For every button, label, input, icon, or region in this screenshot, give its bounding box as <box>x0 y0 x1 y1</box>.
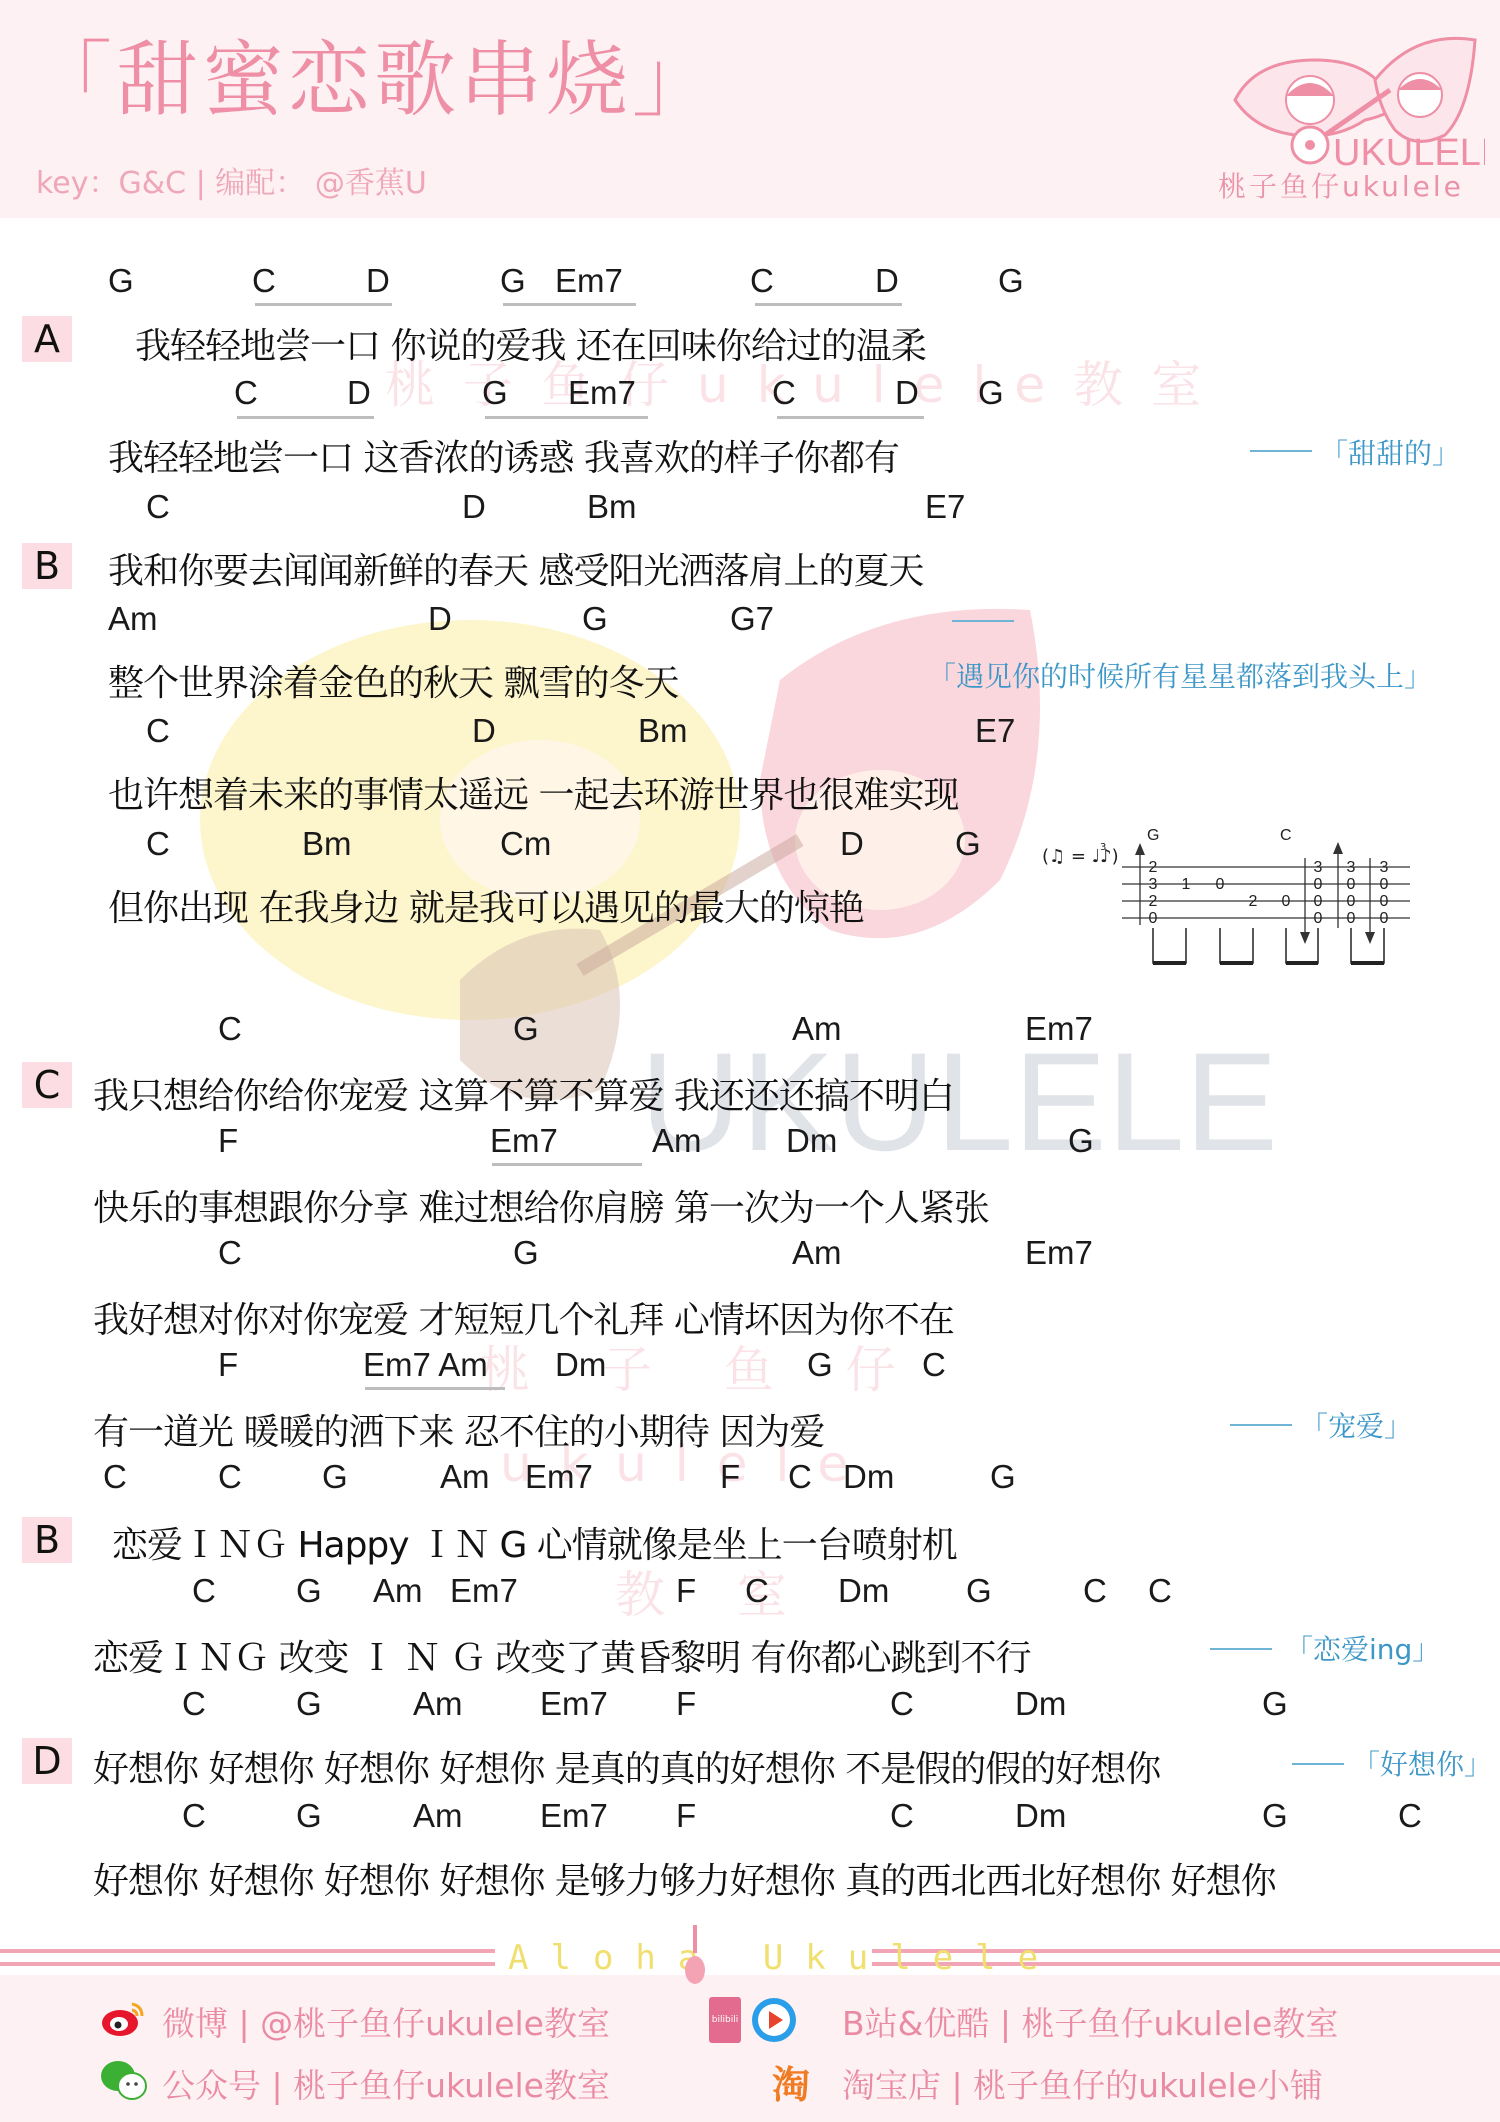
svg-text:3: 3 <box>1100 842 1106 853</box>
lyric-line-6: 但你出现 在我身边 就是我可以遇见的最大的惊艳 <box>108 880 864 931</box>
chord: C <box>146 712 170 750</box>
svg-text:1: 1 <box>1182 876 1191 893</box>
chord: C <box>890 1797 914 1835</box>
chord: Em7 <box>555 262 623 300</box>
chord: Am <box>108 600 158 638</box>
chord: C <box>146 488 170 526</box>
chord: G <box>296 1797 322 1835</box>
chord: G <box>998 262 1024 300</box>
lyric-line-12: 恋爱ＩＮＧ 改变 Ｉ Ｎ Ｇ 改变了黄昏黎明 有你都心跳到不行 <box>93 1630 1031 1681</box>
header: 「甜蜜恋歌串烧」 key：G&C | 编配： @香蕉U UKULELE 桃子鱼仔… <box>0 0 1500 218</box>
chord: Em7 <box>540 1797 608 1835</box>
weibo-link[interactable]: 微博 | @桃子鱼仔ukulele教室 <box>162 1998 610 2045</box>
chord: C <box>1398 1797 1422 1835</box>
svg-text:(♫ = ♩♪): (♫ = ♩♪) <box>1042 846 1119 867</box>
chord: Em7 <box>490 1122 558 1160</box>
chord: G <box>582 600 608 638</box>
chord: C <box>1083 1572 1107 1610</box>
svg-text:0: 0 <box>1314 910 1323 927</box>
lyric-line-7: 我只想给你给你宠爱 这算不算不算爱 我还还还搞不明白 <box>93 1068 954 1119</box>
lyric-line-5: 也许想着未来的事情太遥远 一起去环游世界也很难实现 <box>108 767 958 818</box>
section-label-b: B <box>22 543 72 589</box>
chord: G7 <box>730 600 774 638</box>
svg-text:3: 3 <box>1314 859 1323 876</box>
chord: Dm <box>786 1122 837 1160</box>
chord: C <box>788 1458 812 1496</box>
chord: F <box>218 1122 238 1160</box>
svg-text:2: 2 <box>1249 893 1258 910</box>
chord: G <box>513 1234 539 1272</box>
chord: D <box>366 262 390 300</box>
chord: Am <box>413 1685 463 1723</box>
chord-underline <box>255 303 392 306</box>
chord-underline <box>237 416 374 419</box>
note-dash <box>1250 450 1312 452</box>
aloha-ukulele-banner: Aloha Ukulele <box>508 1938 1060 1978</box>
svg-text:0: 0 <box>1347 893 1356 910</box>
chord: G <box>990 1458 1016 1496</box>
chord: Am <box>652 1122 702 1160</box>
section-label-b-repeat: B <box>22 1517 72 1563</box>
song-note-lianaiing: 「恋爱ing」 <box>1285 1628 1440 1668</box>
chord: G <box>1262 1797 1288 1835</box>
chord-underline <box>755 303 902 306</box>
chord: G <box>1068 1122 1094 1160</box>
footer-divider <box>0 1962 495 1966</box>
chord: Em7 Am <box>363 1346 488 1384</box>
taobao-link[interactable]: 淘宝店 | 桃子鱼仔的ukulele小铺 <box>842 2060 1323 2107</box>
ukulele-icon <box>684 1925 706 1985</box>
chord: Am <box>792 1234 842 1272</box>
chord: F <box>676 1797 696 1835</box>
svg-text:3: 3 <box>1380 859 1389 876</box>
svg-text:G: G <box>1147 827 1159 844</box>
chord: C <box>750 262 774 300</box>
chord: C <box>103 1458 127 1496</box>
chord: G <box>978 374 1004 412</box>
svg-text:2: 2 <box>1149 893 1158 910</box>
chord: C <box>218 1234 242 1272</box>
song-note-chongai: 「宠爱」 <box>1300 1405 1412 1445</box>
footer-divider <box>0 1949 495 1953</box>
chord: C <box>745 1572 769 1610</box>
chord: Am <box>792 1010 842 1048</box>
note-dash <box>952 620 1014 622</box>
chord: Em7 <box>1025 1234 1093 1272</box>
chord: C <box>772 374 796 412</box>
chord: F <box>218 1346 238 1384</box>
svg-text:3: 3 <box>1149 876 1158 893</box>
song-note-tiantiande: 「甜甜的」 <box>1320 432 1460 472</box>
svg-text:0: 0 <box>1282 893 1291 910</box>
chord: G <box>482 374 508 412</box>
section-label-d: D <box>22 1738 72 1784</box>
chord: G <box>1262 1685 1288 1723</box>
chord: Em7 <box>1025 1010 1093 1048</box>
chord: Bm <box>302 825 352 863</box>
chord-underline <box>492 1163 642 1166</box>
chord: F <box>676 1572 696 1610</box>
svg-text:0: 0 <box>1380 910 1389 927</box>
chord: C <box>182 1797 206 1835</box>
svg-text:0: 0 <box>1380 876 1389 893</box>
chord: G <box>108 262 134 300</box>
svg-text:2: 2 <box>1149 859 1158 876</box>
chord: C <box>192 1572 216 1610</box>
chord: C <box>1148 1572 1172 1610</box>
chord: D <box>462 488 486 526</box>
chord: Bm <box>587 488 637 526</box>
lyric-line-1: 我轻轻地尝一口 你说的爱我 还在回味你给过的温柔 <box>135 318 926 369</box>
lyric-line-10: 有一道光 暖暖的洒下来 忍不住的小期待 因为爱 <box>93 1404 824 1455</box>
chord: C <box>234 374 258 412</box>
chord: F <box>720 1458 740 1496</box>
chord: C <box>182 1685 206 1723</box>
bilibili-youku-link[interactable]: B站&优酷 | 桃子鱼仔ukulele教室 <box>842 1998 1338 2045</box>
chord: Bm <box>638 712 688 750</box>
lyric-line-4: 整个世界涂着金色的秋天 飘雪的冬天 <box>108 655 678 706</box>
chord: Em7 <box>450 1572 518 1610</box>
section-label-a: A <box>22 316 72 362</box>
chord: C <box>218 1010 242 1048</box>
note-dash <box>1292 1763 1344 1765</box>
section-label-c: C <box>22 1062 72 1108</box>
chord: Am <box>413 1797 463 1835</box>
song-title: 「甜蜜恋歌串烧」 <box>30 40 718 122</box>
chord: D <box>472 712 496 750</box>
svg-text:0: 0 <box>1314 876 1323 893</box>
chord: Cm <box>500 825 551 863</box>
chord: G <box>966 1572 992 1610</box>
chord: D <box>840 825 864 863</box>
chord-underline <box>485 416 648 419</box>
chord-underline <box>365 1387 505 1390</box>
note-dash <box>1210 1648 1272 1650</box>
lyric-line-13: 好想你 好想你 好想你 好想你 是真的真的好想你 不是假的假的好想你 <box>93 1741 1160 1792</box>
bilibili-icon[interactable]: bilibili <box>709 1997 741 2043</box>
chord: G <box>296 1685 322 1723</box>
youku-play-icon[interactable] <box>750 1996 798 2044</box>
chord: G <box>513 1010 539 1048</box>
chord: G <box>296 1572 322 1610</box>
chord: D <box>347 374 371 412</box>
svg-text:0: 0 <box>1149 910 1158 927</box>
logo-caption: 桃子鱼仔ukulele <box>1218 165 1464 205</box>
chord: Dm <box>1015 1797 1066 1835</box>
taobao-icon[interactable]: 淘 <box>772 2054 810 2109</box>
chord: C <box>890 1685 914 1723</box>
chord: G <box>500 262 526 300</box>
chord: Dm <box>555 1346 606 1384</box>
lyric-line-3: 我和你要去闻闻新鲜的春天 感受阳光洒落肩上的夏天 <box>108 543 923 594</box>
chord: G <box>807 1346 833 1384</box>
chord: Em7 <box>525 1458 593 1496</box>
weibo-icon[interactable] <box>100 1998 146 2038</box>
svg-text:C: C <box>1280 827 1292 844</box>
chord: D <box>875 262 899 300</box>
chord: Em7 <box>568 374 636 412</box>
svg-text:0: 0 <box>1380 893 1389 910</box>
wechat-icon[interactable] <box>100 2058 148 2102</box>
chord: G <box>955 825 981 863</box>
key-arranger-line: key：G&C | 编配： @香蕉U <box>36 158 427 202</box>
lyric-line-14: 好想你 好想你 好想你 好想你 是够力够力好想你 真的西北西北好想你 好想你 <box>93 1853 1276 1904</box>
chord: C <box>922 1346 946 1384</box>
chord: C <box>252 262 276 300</box>
chord: D <box>895 374 919 412</box>
strumming-tab: (♫ = ♩♪) 3 G C 2 3 2 0 1 0 2 0 3 0 0 0 3… <box>1040 810 1440 970</box>
chord: C <box>146 825 170 863</box>
song-note-haoxiangni: 「好想你」 <box>1352 1743 1492 1783</box>
chord: G <box>322 1458 348 1496</box>
song-note-yujianni: 「遇见你的时候所有星星都落到我头上」 <box>928 655 1432 695</box>
wechat-link[interactable]: 公众号 | 桃子鱼仔ukulele教室 <box>162 2060 610 2107</box>
chord: Em7 <box>540 1685 608 1723</box>
svg-text:3: 3 <box>1347 859 1356 876</box>
svg-text:0: 0 <box>1216 876 1225 893</box>
note-dash <box>1230 1424 1292 1426</box>
chord: Am <box>440 1458 490 1496</box>
chord: Dm <box>1015 1685 1066 1723</box>
chord: F <box>676 1685 696 1723</box>
svg-text:0: 0 <box>1347 876 1356 893</box>
lyric-line-8: 快乐的事想跟你分享 难过想给你肩膀 第一次为一个人紧张 <box>93 1180 989 1231</box>
chord: C <box>218 1458 242 1496</box>
lyric-line-9: 我好想对你对你宠爱 才短短几个礼拜 心情坏因为你不在 <box>93 1292 954 1343</box>
svg-text:0: 0 <box>1314 893 1323 910</box>
chord: Dm <box>838 1572 889 1610</box>
chord-underline <box>503 303 636 306</box>
chord: Am <box>373 1572 423 1610</box>
chord: E7 <box>975 712 1015 750</box>
lyric-line-2: 我轻轻地尝一口 这香浓的诱惑 我喜欢的样子你都有 <box>108 430 899 481</box>
chord: E7 <box>925 488 965 526</box>
chord-underline <box>777 416 924 419</box>
svg-text:0: 0 <box>1347 910 1356 927</box>
chord: Dm <box>843 1458 894 1496</box>
lyric-line-11: 恋爱ＩＮＧ Happy ＩＮ G 心情就像是坐上一台喷射机 <box>112 1517 957 1568</box>
chord: D <box>428 600 452 638</box>
